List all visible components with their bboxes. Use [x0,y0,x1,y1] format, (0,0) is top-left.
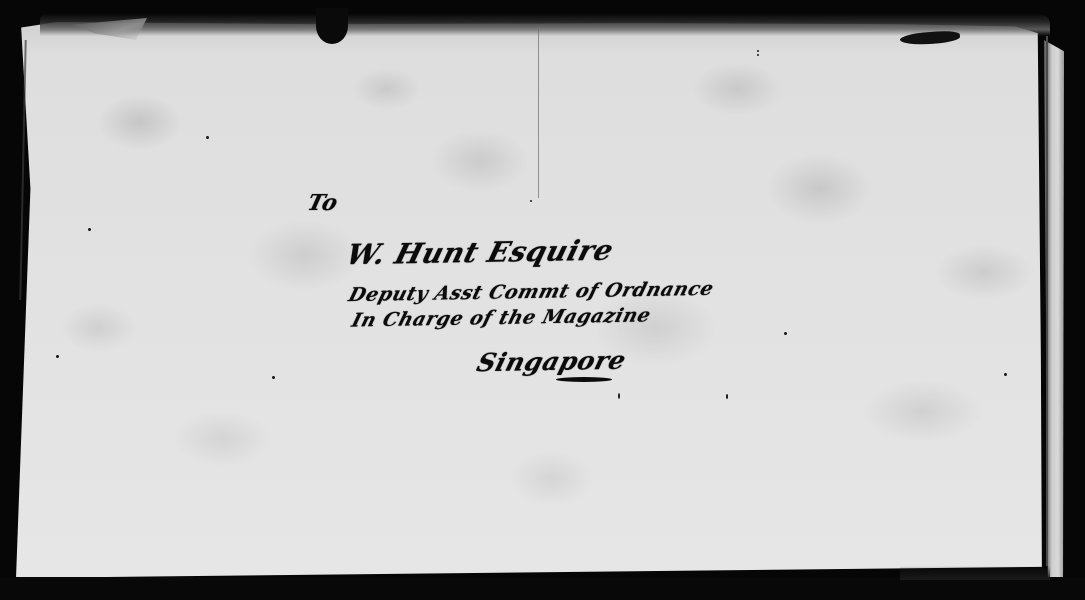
ink-speck [757,50,759,52]
address-salutation: To [305,190,341,216]
ink-speck [618,393,620,399]
address-recipient: W. Hunt Esquire [343,234,617,272]
ink-speck [56,355,59,358]
ink-speck [757,54,759,56]
ink-speck [206,136,209,139]
bottom-dark-band [0,577,1085,600]
ink-speck [726,394,728,399]
location-underline-flourish [556,377,612,382]
right-edge-line [1046,36,1048,566]
bottom-right-shadow [900,566,1050,580]
address-location: Singapore [474,346,630,378]
paper-top-edge [40,14,1050,36]
ink-speck [272,376,275,379]
ink-speck [784,332,787,335]
fold-crease [538,28,539,198]
ink-speck [1004,373,1007,376]
binding-hole [316,8,348,44]
ink-speck [88,228,91,231]
ink-speck [530,200,532,202]
